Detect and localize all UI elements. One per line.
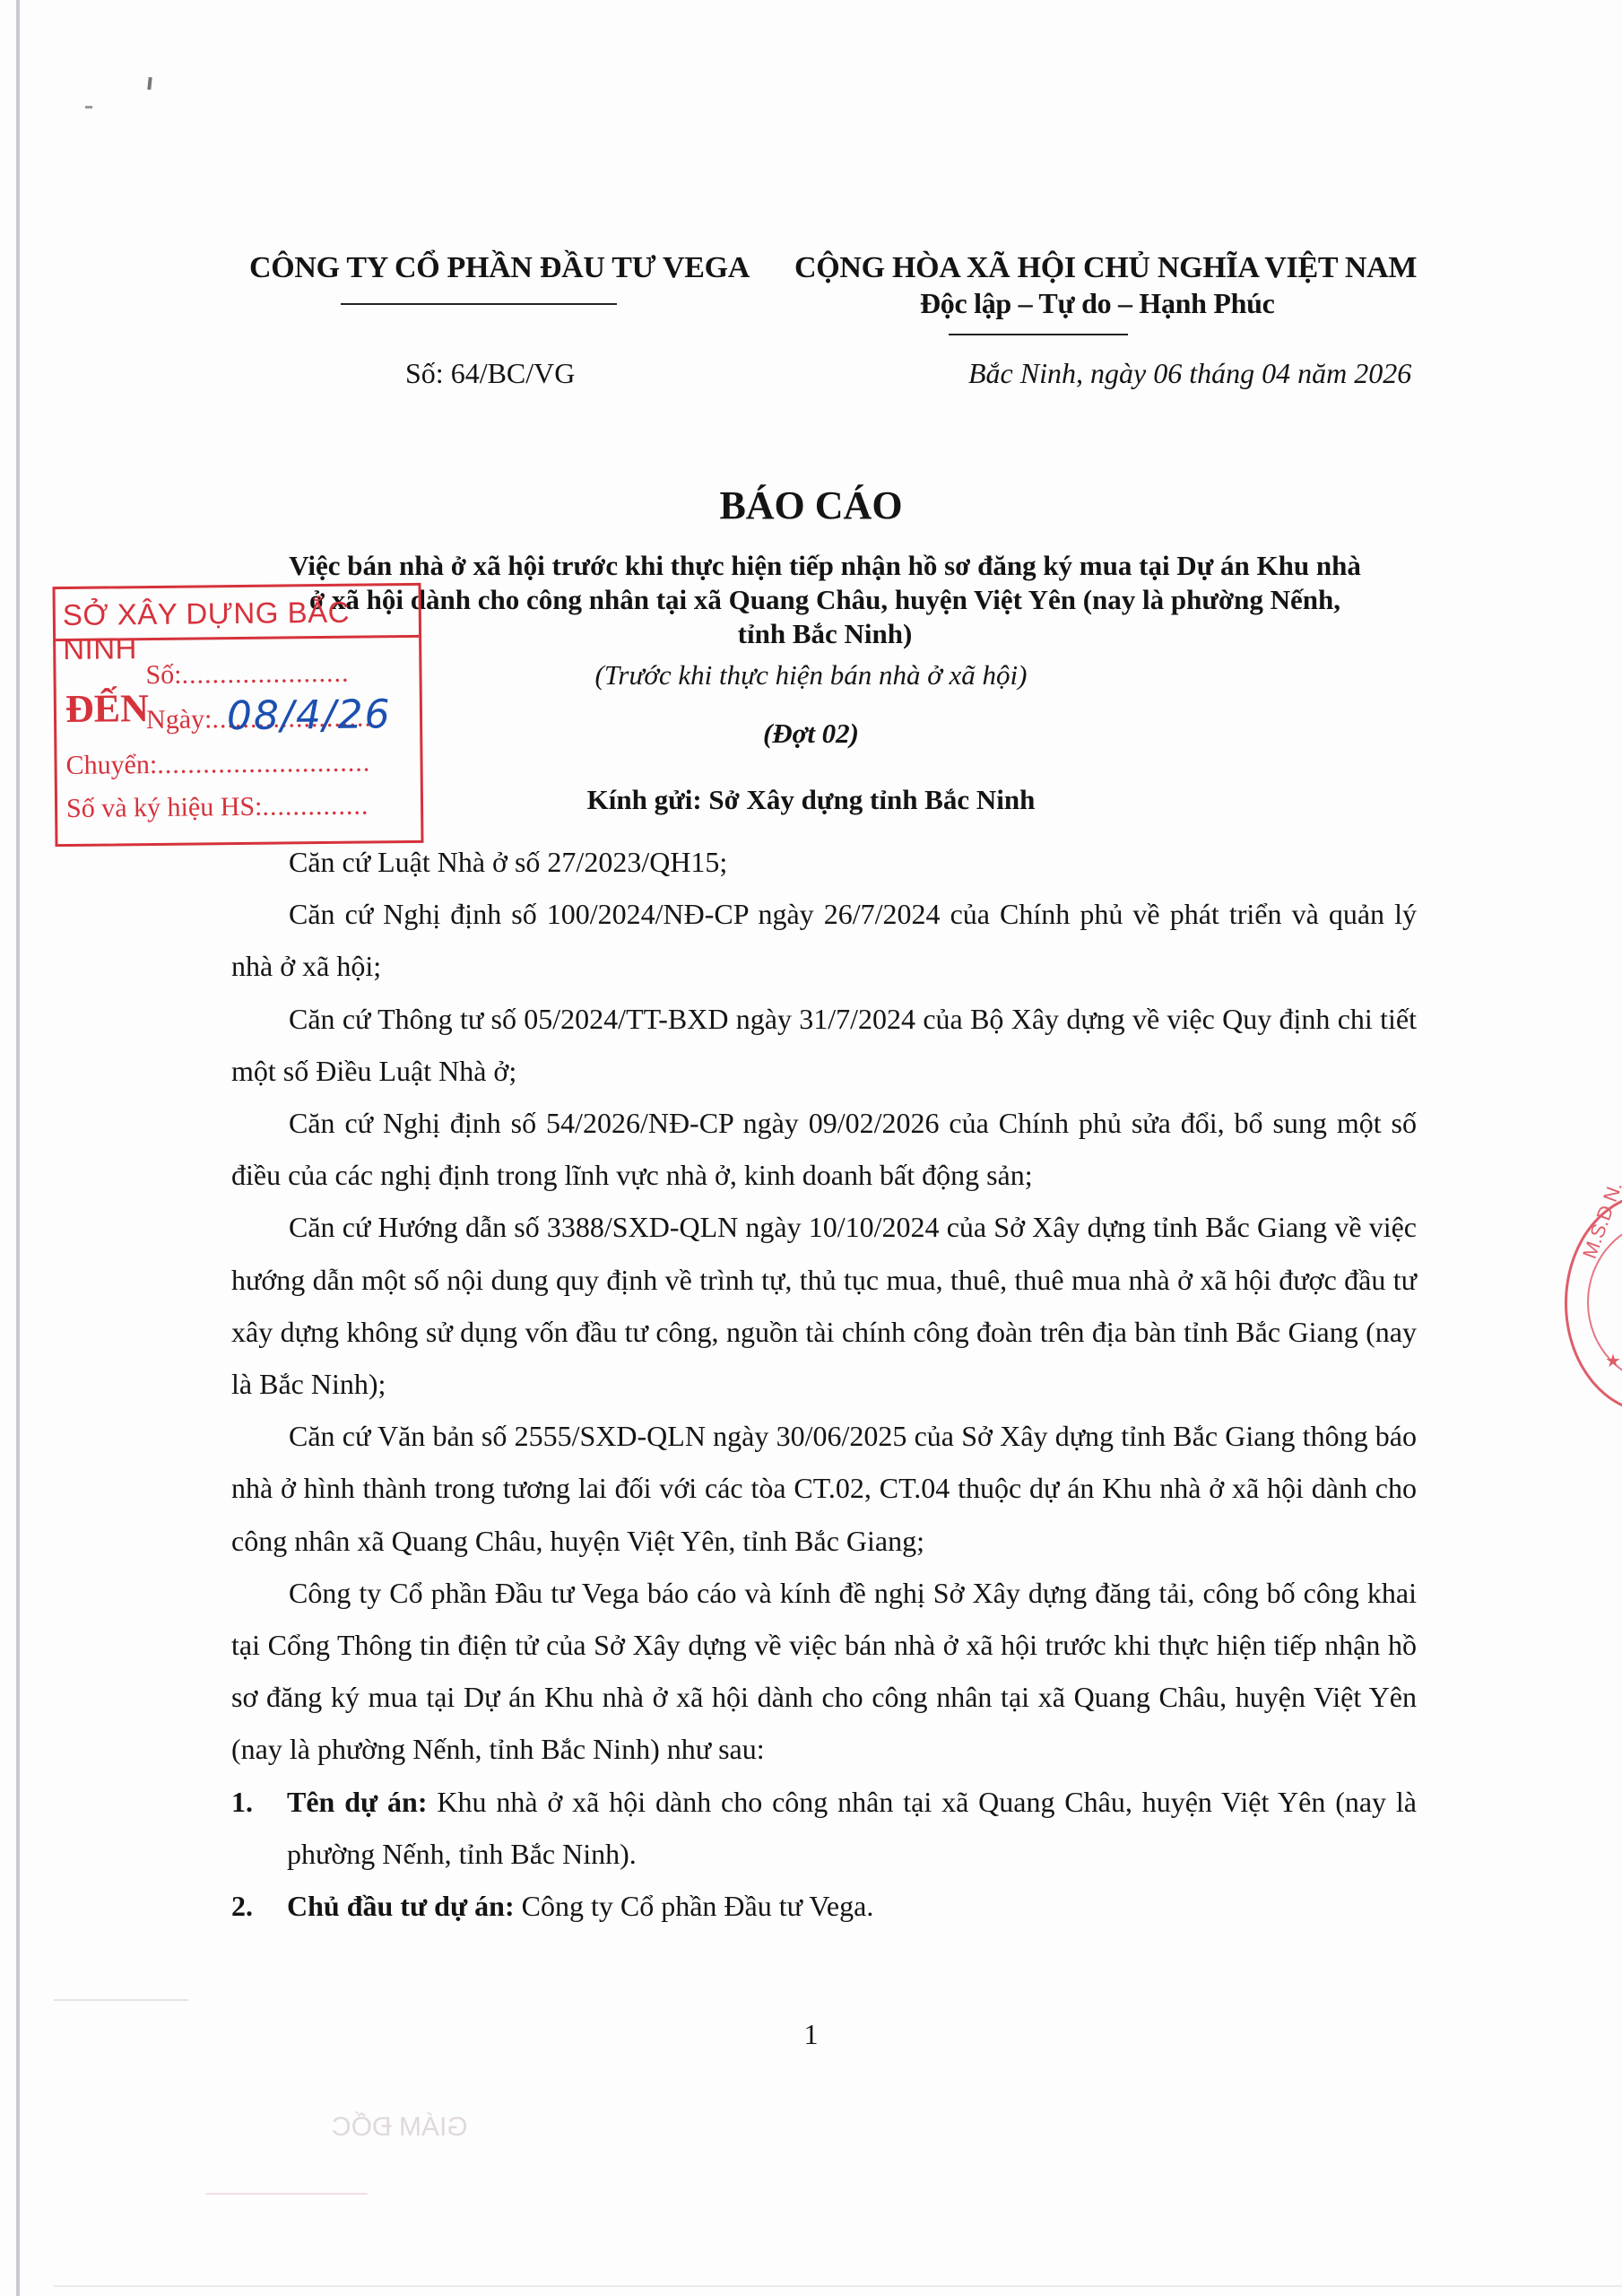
list-item-number: 1. xyxy=(231,1776,287,1880)
stamp-number-line: Số:...................... xyxy=(145,658,349,691)
doc-number: Số: 64/BC/VG xyxy=(405,357,575,390)
paragraph: Căn cứ Thông tư số 05/2024/TT-BXD ngày 3… xyxy=(231,993,1417,1097)
paragraph: Căn cứ Văn bản số 2555/SXD-QLN ngày 30/0… xyxy=(231,1410,1417,1567)
stamp-date-handwritten: 08/4/26 xyxy=(227,691,392,739)
doc-title: BÁO CÁO xyxy=(0,483,1622,528)
list-item: 1. Tên dự án: Khu nhà ở xã hội dành cho … xyxy=(231,1776,1417,1880)
list-item-number: 2. xyxy=(231,1880,287,1932)
list-item-label: Tên dự án: xyxy=(287,1786,428,1818)
page-number: 1 xyxy=(0,2018,1622,2051)
stamp-transfer-line: Chuyển:............................ xyxy=(65,747,370,781)
stamp-received-label: ĐẾN xyxy=(65,685,149,732)
bleedthrough-text: GIÁM ĐỐC xyxy=(332,2112,468,2143)
paragraph: Căn cứ Nghị định số 100/2024/NĐ-CP ngày … xyxy=(231,888,1417,992)
stamp-file-line: Số và ký hiệu HS:.............. xyxy=(66,790,369,824)
page-bottom-edge xyxy=(54,2285,1622,2287)
list-item-content: Chủ đầu tư dự án: Công ty Cổ phần Đầu tư… xyxy=(287,1880,873,1932)
stamp-date-label: Ngày: xyxy=(146,704,213,735)
received-stamp: SỞ XÂY DỰNG BẮC NINH ĐẾN Số:............… xyxy=(52,583,423,847)
scan-speck xyxy=(85,106,92,109)
paragraph: Căn cứ Nghị định số 54/2026/NĐ-CP ngày 0… xyxy=(231,1097,1417,1201)
doc-body: Căn cứ Luật Nhà ở số 27/2023/QH15; Căn c… xyxy=(231,836,1417,1932)
paragraph: Căn cứ Luật Nhà ở số 27/2023/QH15; xyxy=(231,836,1417,888)
list-item-label: Chủ đầu tư dự án: xyxy=(287,1890,515,1922)
list-item-text: Công ty Cổ phần Đầu tư Vega. xyxy=(515,1890,874,1922)
scan-edge xyxy=(16,0,20,2296)
list-item: 2. Chủ đầu tư dự án: Công ty Cổ phần Đầu… xyxy=(231,1880,1417,1932)
nation-title: CỘNG HÒA XÃ HỘI CHỦ NGHĨA VIỆT NAM xyxy=(794,251,1417,285)
paragraph: Công ty Cổ phần Đầu tư Vega báo cáo và k… xyxy=(231,1567,1417,1776)
stamp-agency: SỞ XÂY DỰNG BẮC NINH xyxy=(56,586,420,641)
list-item-content: Tên dự án: Khu nhà ở xã hội dành cho côn… xyxy=(287,1776,1417,1880)
paragraph: Căn cứ Hướng dẫn số 3388/SXD-QLN ngày 10… xyxy=(231,1201,1417,1410)
motto: Độc lập – Tự do – Hạnh Phúc xyxy=(920,287,1275,320)
faint-rule xyxy=(54,1999,188,2001)
list-item-text: Khu nhà ở xã hội dành cho công nhân tại … xyxy=(287,1786,1417,1870)
seal-star-icon: ★ xyxy=(1605,1350,1621,1372)
company-underline xyxy=(341,303,617,305)
company-name: CÔNG TY CỔ PHẦN ĐẦU TƯ VEGA xyxy=(249,251,750,285)
stamp-file-label: Số và ký hiệu HS: xyxy=(66,792,263,823)
place-date: Bắc Ninh, ngày 06 tháng 04 năm 2026 xyxy=(968,357,1411,390)
motto-underline xyxy=(949,334,1128,335)
scan-speck xyxy=(147,77,152,90)
stamp-number-label: Số: xyxy=(145,660,181,690)
subject-line: Việc bán nhà ở xã hội trước khi thực hiệ… xyxy=(242,549,1408,583)
bleedthrough-signature xyxy=(205,2157,377,2195)
stamp-transfer-label: Chuyển: xyxy=(65,750,157,780)
